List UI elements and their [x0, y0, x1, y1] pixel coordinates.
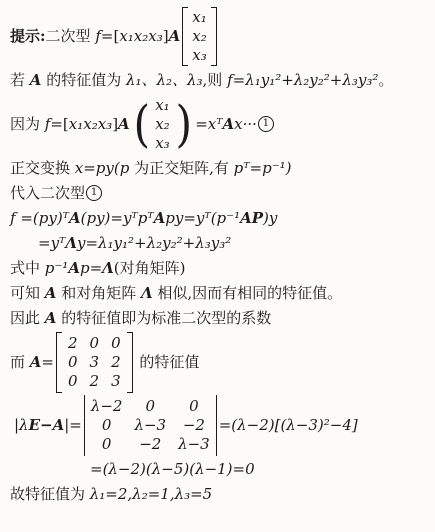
matrix-symbol-a: A	[118, 112, 130, 136]
math-fragment: (py)=yᵀpᵀ	[81, 206, 154, 230]
matrix-symbol-a: A	[69, 206, 81, 230]
eigenvalue-statement-line: 若 A 的特征值为 λ₁、λ₂、λ₃,则 f=λ₁y₁²+λ₂y₂²+λ₃y₃²…	[10, 68, 431, 92]
math-fragment: =[	[101, 24, 119, 48]
cjk-text: 相似,因而有相同的特征值。	[153, 281, 343, 305]
matrix-a-line: 而 A= 2 0 0 0 3 2 0 2 3 的特征值	[10, 331, 431, 393]
math-fragment: p=	[80, 256, 102, 280]
hint-label: 提示:	[10, 24, 46, 48]
lambda-matrix-symbol: Λ	[102, 256, 114, 280]
cjk-text: 故特征值为	[10, 482, 90, 506]
math-fragment: x···	[234, 112, 257, 136]
left-paren: (	[133, 95, 150, 154]
cjk-text: 因此	[10, 306, 45, 330]
cjk-text: (对角矩阵)	[114, 256, 186, 280]
right-bracket	[127, 332, 133, 393]
because-line: 因为 f=[x₁x₂x₃]A ( x₁ x₂ x₃ ) =xᵀAx···1	[10, 93, 431, 155]
conclusion-line: 故特征值为 λ₁=2,λ₂=1,λ₃=5	[10, 482, 431, 506]
matrix-a: 2 0 0 0 3 2 0 2 3	[56, 332, 133, 393]
vector-cell: x₃	[155, 134, 169, 153]
cjk-text: 的特征值为	[41, 68, 126, 92]
matrix-cell: 0	[90, 334, 100, 353]
cjk-text: 。	[378, 68, 393, 92]
expansion-line-2: =yᵀΛy=λ₁y₁²+λ₂y₂²+λ₃y₃²	[10, 231, 431, 255]
determinant-cell: 0	[189, 397, 199, 416]
math-fragment: x=py(p	[75, 156, 134, 180]
substitute-line: 代入二次型1	[10, 181, 431, 205]
determinant-cell: −2	[183, 416, 205, 435]
math-fragment: =	[41, 350, 54, 374]
diagonal-note-line: 式中 p⁻¹Ap=Λ(对角矩阵)	[10, 256, 431, 280]
matrix-symbol-a: A	[154, 206, 166, 230]
math-fragment: x₁x₂x₃	[119, 24, 162, 48]
math-fragment: |λ	[14, 413, 29, 437]
math-fragment: x₁x₂x₃	[69, 112, 112, 136]
matrix-symbol-a: A	[169, 24, 181, 48]
similarity-line: 可知 A 和对角矩阵 Λ 相似,因而有相同的特征值。	[10, 281, 431, 305]
math-fragment: =[	[50, 112, 68, 136]
determinant-line: |λE−A|= λ−2 0 0 0 λ−3 −2 0 −2 λ−3 =(λ−2)…	[14, 394, 431, 456]
vector-cell: x₁	[155, 96, 169, 115]
math-fragment: p⁻¹	[45, 256, 69, 280]
lambda-matrix-symbol: Λ	[141, 281, 153, 305]
determinant-cell: 0	[102, 416, 112, 435]
math-fragment: =yᵀ	[38, 231, 65, 255]
determinant-cells: λ−2 0 0 0 λ−3 −2 0 −2 λ−3	[84, 395, 217, 456]
math-fragment: f =(py)ᵀ	[10, 206, 69, 230]
cjk-text: 而	[10, 350, 30, 374]
determinant-cell: λ−3	[178, 435, 210, 454]
math-fragment: =xᵀ	[195, 112, 222, 136]
matrix-symbol-a: A	[223, 112, 235, 136]
matrix-symbol-a: A	[30, 350, 42, 374]
scanned-math-page: 提示:二次型 f=[x₁x₂x₃]A x₁ x₂ x₃ 若 A 的特征值为 λ₁…	[0, 0, 435, 506]
matrix-cell: 3	[90, 353, 100, 372]
matrix-cell: 0	[68, 353, 78, 372]
lambda-matrix-symbol: Λ	[65, 231, 77, 255]
determinant-cell: λ−3	[134, 416, 166, 435]
matrix-cells: 2 0 0 0 3 2 0 2 3	[62, 332, 127, 393]
matrix-symbol-ap: AP	[240, 206, 263, 230]
cjk-text: 为正交矩阵,有	[134, 156, 234, 180]
expansion-line-1: f =(py)ᵀA(py)=yᵀpᵀApy=yᵀ(p⁻¹AP)y	[10, 206, 431, 230]
math-fragment: =(λ−2)(λ−5)(λ−1)=0	[90, 457, 255, 481]
cjk-text: 的特征值	[135, 350, 200, 374]
math-fragment: )y	[263, 206, 277, 230]
matrix-cell: 2	[111, 353, 121, 372]
cjk-text: 若	[10, 68, 30, 92]
hint-line: 提示:二次型 f=[x₁x₂x₃]A x₁ x₂ x₃	[10, 5, 431, 67]
cjk-text: 式中	[10, 256, 45, 280]
determinant-cell: 0	[102, 435, 112, 454]
right-paren: )	[175, 95, 192, 154]
cjk-text: 可知	[10, 281, 45, 305]
cjk-text: 二次型	[46, 24, 96, 48]
math-fragment: λ₁=2,λ₂=1,λ₃=5	[90, 482, 212, 506]
determinant-cell: −2	[139, 435, 161, 454]
cjk-text: 正交变换	[10, 156, 75, 180]
math-fragment: λ₁、λ₂、λ₃	[126, 68, 203, 92]
circled-1: 1	[86, 185, 102, 201]
matrix-symbol-ea: E−A	[29, 413, 65, 437]
column-vector-x: x₁ x₂ x₃	[182, 7, 216, 66]
column-vector-x: ( x₁ x₂ x₃ )	[132, 95, 194, 154]
matrix-cell: 0	[68, 372, 78, 391]
circled-1: 1	[258, 116, 274, 132]
matrix-cell: 0	[111, 334, 121, 353]
matrix-symbol-a: A	[45, 281, 57, 305]
vector-cells: x₁ x₂ x₃	[188, 7, 210, 66]
determinant-matrix: λ−2 0 0 0 λ−3 −2 0 −2 λ−3	[84, 395, 217, 456]
math-fragment: =(λ−2)[(λ−3)²−4]	[219, 413, 358, 437]
math-fragment: |=	[64, 413, 82, 437]
cjk-text: 的特征值即为标准二次型的系数	[56, 306, 271, 330]
orthogonal-transform-line: 正交变换 x=py(p 为正交矩阵,有 pᵀ=p⁻¹)	[10, 156, 431, 180]
matrix-symbol-a: A	[45, 306, 57, 330]
math-fragment: py=yᵀ(p⁻¹	[165, 206, 240, 230]
determinant-cell: 0	[145, 397, 155, 416]
vector-cell: x₂	[155, 115, 169, 134]
cjk-text: 因为	[10, 112, 45, 136]
matrix-cell: 2	[90, 372, 100, 391]
determinant-cell: λ−2	[91, 397, 123, 416]
matrix-cell: 2	[68, 334, 78, 353]
cjk-text: ,则	[203, 68, 228, 92]
vector-cells: x₁ x₂ x₃	[151, 95, 173, 154]
coefficient-line: 因此 A 的特征值即为标准二次型的系数	[10, 306, 431, 330]
math-fragment: f=λ₁y₁²+λ₂y₂²+λ₃y₃²	[227, 68, 378, 92]
cjk-text: 和对角矩阵	[56, 281, 141, 305]
matrix-symbol-a: A	[68, 256, 80, 280]
matrix-cell: 3	[111, 372, 121, 391]
cjk-text: 代入二次型	[10, 181, 85, 205]
matrix-symbol-a: A	[30, 68, 42, 92]
vector-cell: x₃	[192, 46, 206, 65]
right-bracket	[211, 7, 217, 66]
vector-cell: x₂	[192, 27, 206, 46]
factored-line: =(λ−2)(λ−5)(λ−1)=0	[10, 457, 431, 481]
math-fragment: pᵀ=p⁻¹)	[234, 156, 292, 180]
math-fragment: y=λ₁y₁²+λ₂y₂²+λ₃y₃²	[77, 231, 231, 255]
vector-cell: x₁	[192, 8, 206, 27]
